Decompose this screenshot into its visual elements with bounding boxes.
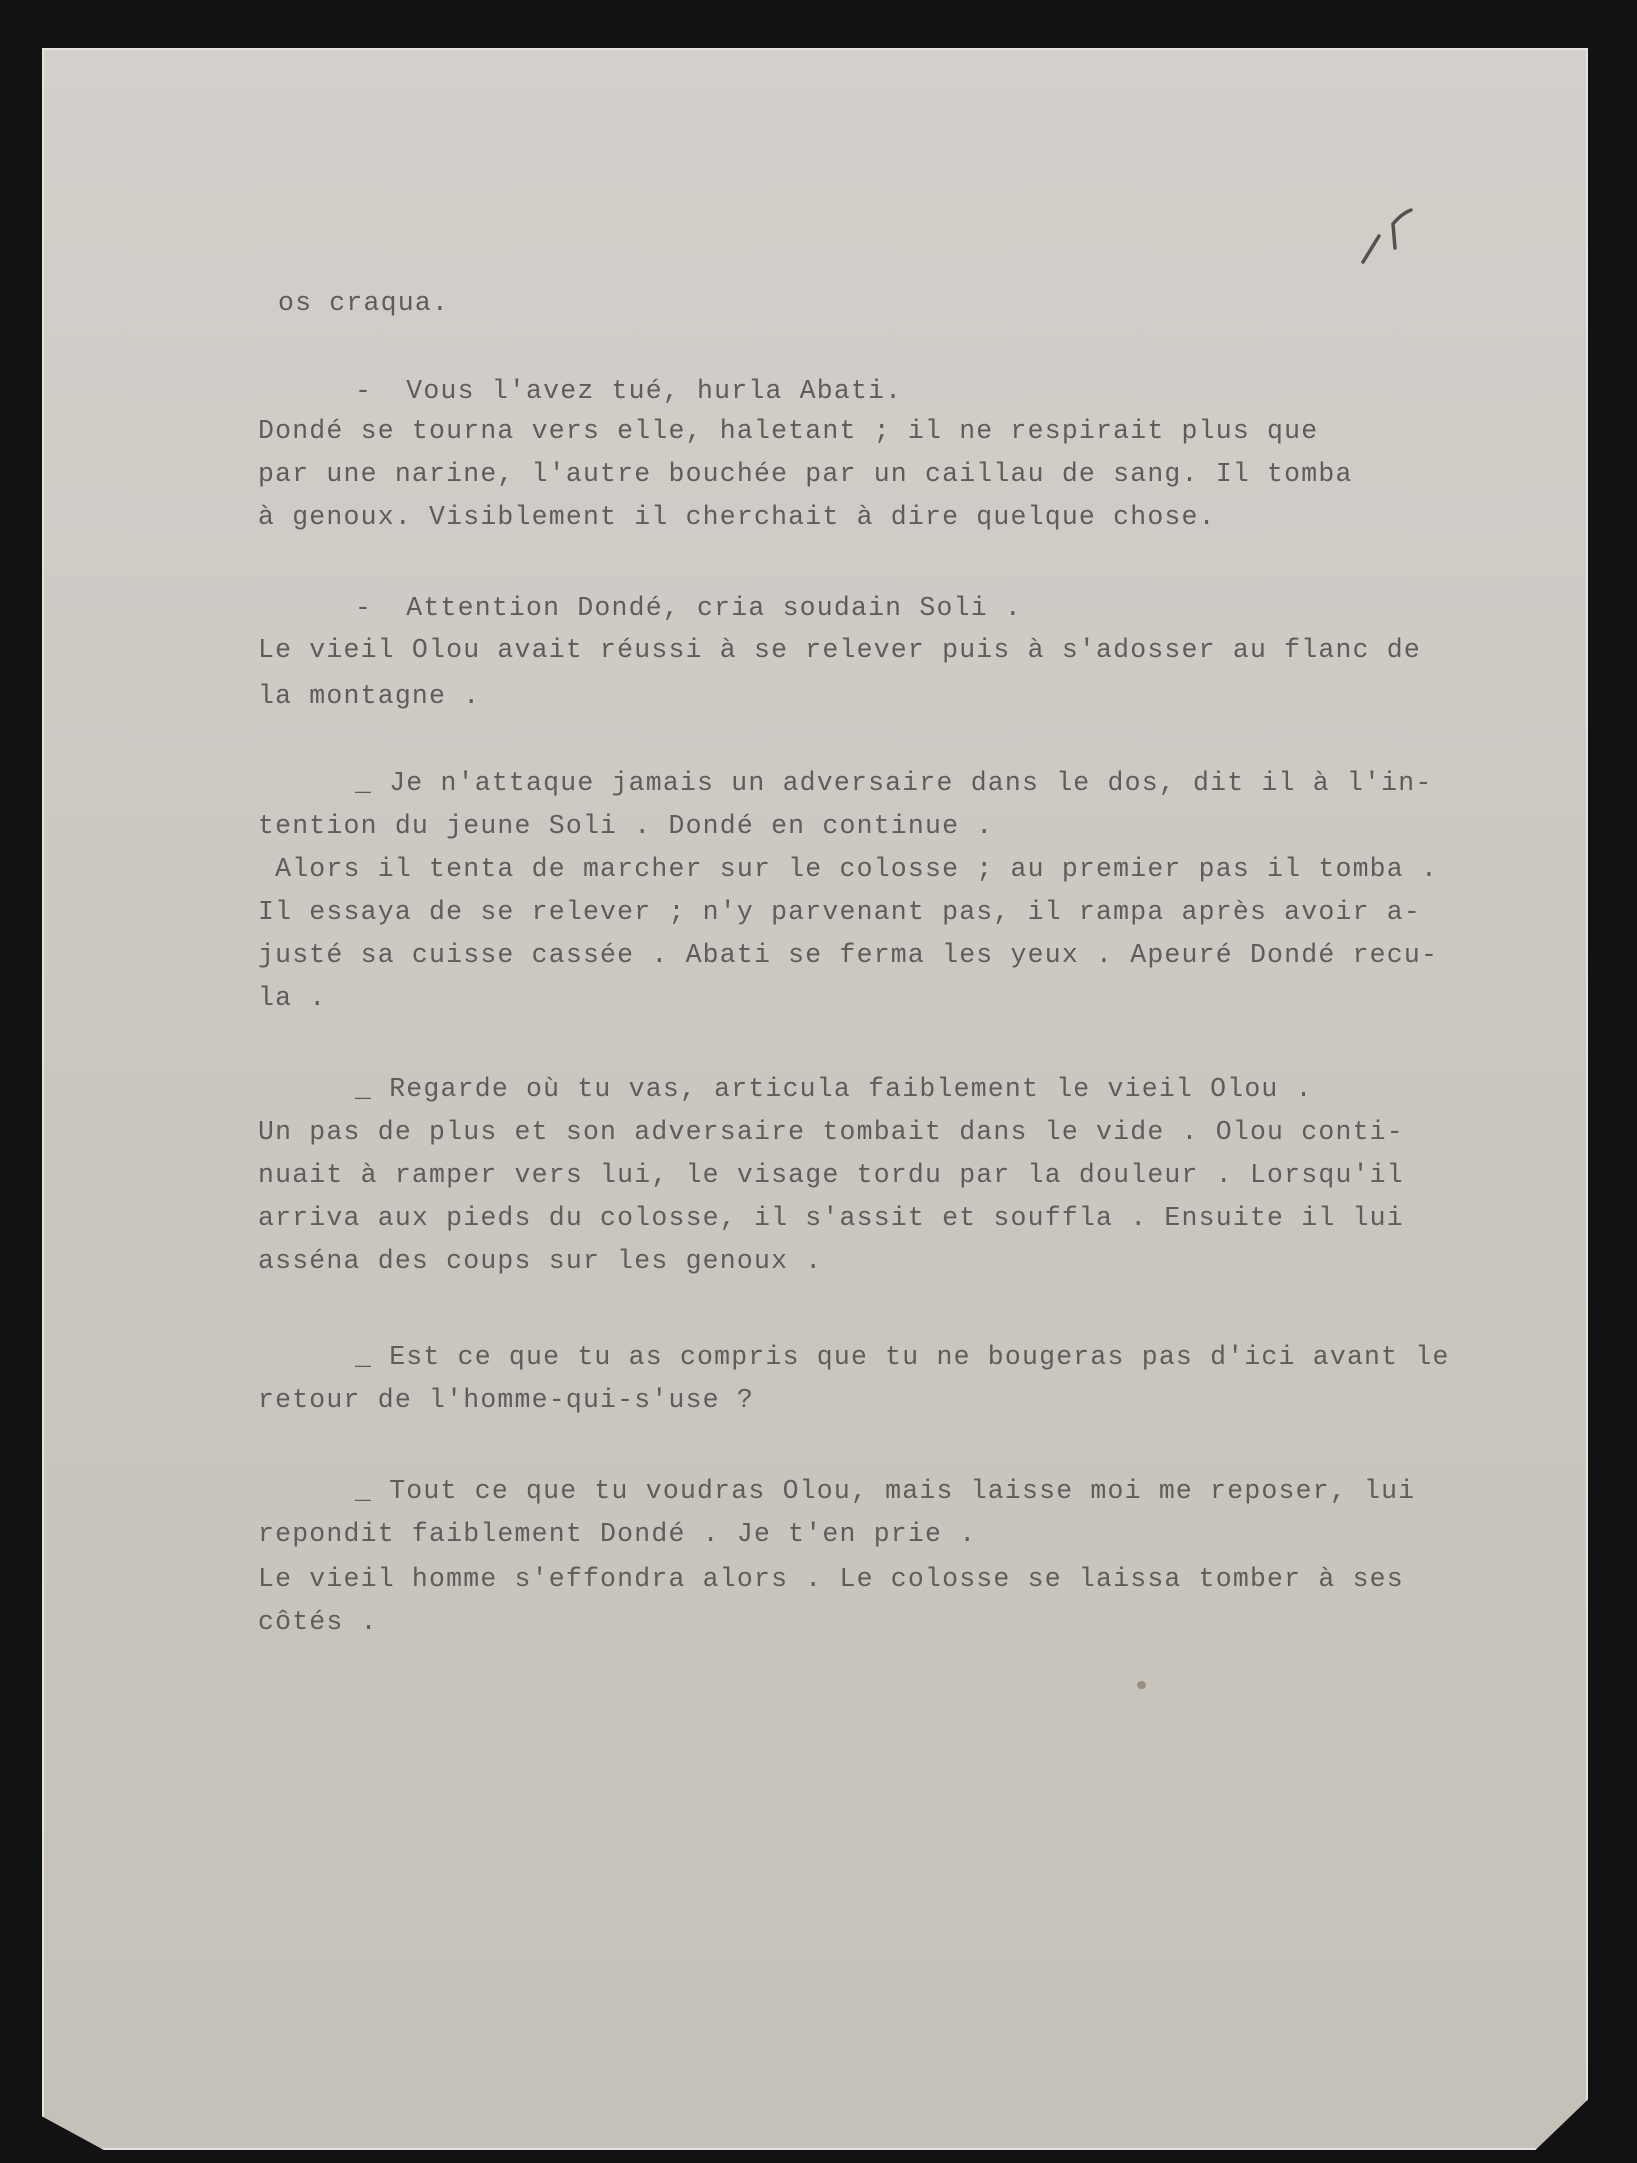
text-line: _ Regarde où tu vas, articula faiblement…	[355, 1074, 1313, 1104]
text-line: Dondé se tourna vers elle, haletant ; il…	[258, 416, 1318, 446]
text-line: Alors il tenta de marcher sur le colosse…	[258, 854, 1438, 884]
text-line: _ Je n'attaque jamais un adversaire dans…	[355, 768, 1432, 798]
text-line: justé sa cuisse cassée . Abati se ferma …	[258, 940, 1438, 970]
text-line: _ Tout ce que tu voudras Olou, mais lais…	[355, 1476, 1415, 1506]
handwritten-page-number	[1355, 200, 1445, 280]
text-line: à genoux. Visiblement il cherchait à dir…	[258, 502, 1216, 532]
text-line: os craqua.	[278, 288, 449, 318]
text-line: la .	[258, 983, 326, 1013]
paper-speck	[1137, 1681, 1146, 1689]
text-line: la montagne .	[258, 681, 480, 711]
text-line: Le vieil homme s'effondra alors . Le col…	[258, 1564, 1404, 1594]
text-line: côtés .	[258, 1607, 378, 1637]
text-line: nuait à ramper vers lui, le visage tordu…	[258, 1160, 1404, 1190]
text-line: - Vous l'avez tué, hurla Abati.	[355, 376, 902, 406]
text-line: repondit faiblement Dondé . Je t'en prie…	[258, 1519, 976, 1549]
text-line: tention du jeune Soli . Dondé en continu…	[258, 811, 993, 841]
text-line: - Attention Dondé, cria soudain Soli .	[355, 593, 1022, 623]
text-line: retour de l'homme-qui-s'use ?	[258, 1385, 754, 1415]
text-line: arriva aux pieds du colosse, il s'assit …	[258, 1203, 1404, 1233]
text-line: asséna des coups sur les genoux .	[258, 1246, 822, 1276]
text-line: Un pas de plus et son adversaire tombait…	[258, 1117, 1404, 1147]
text-line: par une narine, l'autre bouchée par un c…	[258, 459, 1353, 489]
text-line: _ Est ce que tu as compris que tu ne bou…	[355, 1342, 1450, 1372]
text-line: Il essaya de se relever ; n'y parvenant …	[258, 897, 1421, 927]
text-line: Le vieil Olou avait réussi à se relever …	[258, 635, 1421, 665]
